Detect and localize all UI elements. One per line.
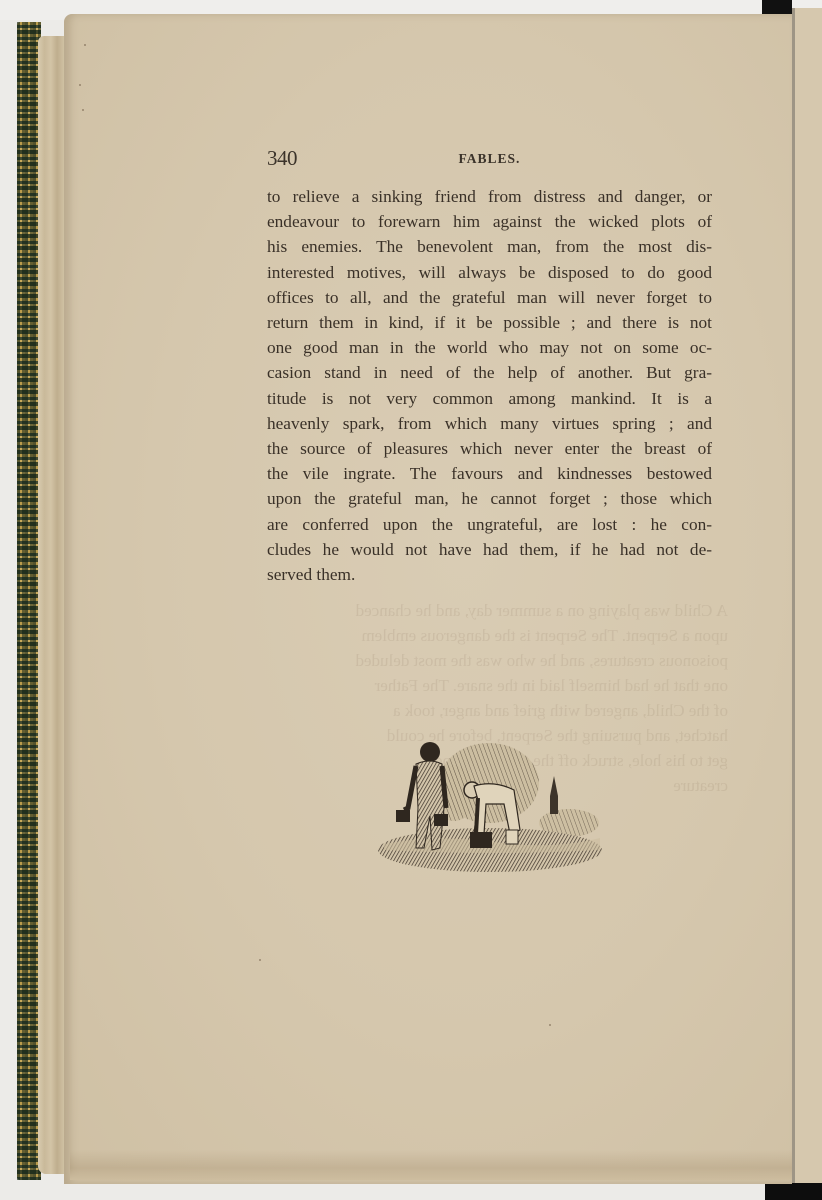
text-line: interested motives, will always be dispo… [267,260,712,285]
bleed-line: one that he had himself laid in the snar… [258,673,728,698]
text-line: cludes he would not have had them, if he… [267,537,712,562]
text-line: return them in kind, if it be possible ;… [267,310,712,335]
paper-speck [82,109,84,111]
text-line: his enemies. The benevolent man, from th… [267,234,712,259]
text-line: upon the grateful man, he cannot forget … [267,486,712,511]
paper-speck [259,959,261,961]
text-line: served them. [267,562,712,587]
bleed-line: A Child was playing on a summer day, and… [258,598,728,623]
text-line: to relieve a sinking friend from distres… [267,184,712,209]
body-text: to relieve a sinking friend from distres… [267,184,712,587]
page-header: 340 FABLES. [267,146,712,176]
bleed-line: poisonous creatures, and he who was the … [258,648,728,673]
facing-page-edge [792,8,822,1183]
text-line: casion stand in need of the help of anot… [267,360,712,385]
text-line: the source of pleasures which never ente… [267,436,712,461]
bleed-line: upon a Serpent. The Serpent is the dange… [258,623,728,648]
running-head: FABLES. [267,151,712,167]
text-line: one good man in the world who may not on… [267,335,712,360]
bleed-line: of the Child, angered with grief and ang… [258,698,728,723]
scan-border [762,0,792,14]
text-line: the vile ingrate. The favours and kindne… [267,461,712,486]
paper-speck [79,84,81,86]
text-line: titude is not very common among mankind.… [267,386,712,411]
paper-speck [549,1024,551,1026]
woodcut-illustration [374,738,606,874]
text-line: endeavour to forewarn him against the wi… [267,209,712,234]
text-line: heavenly spark, from which many virtues … [267,411,712,436]
page-bottom-edge [70,1150,792,1180]
woodcut-image [374,738,606,874]
paper-speck [84,44,86,46]
text-line: are conferred upon the ungrateful, are l… [267,512,712,537]
text-line: offices to all, and the grateful man wil… [267,285,712,310]
